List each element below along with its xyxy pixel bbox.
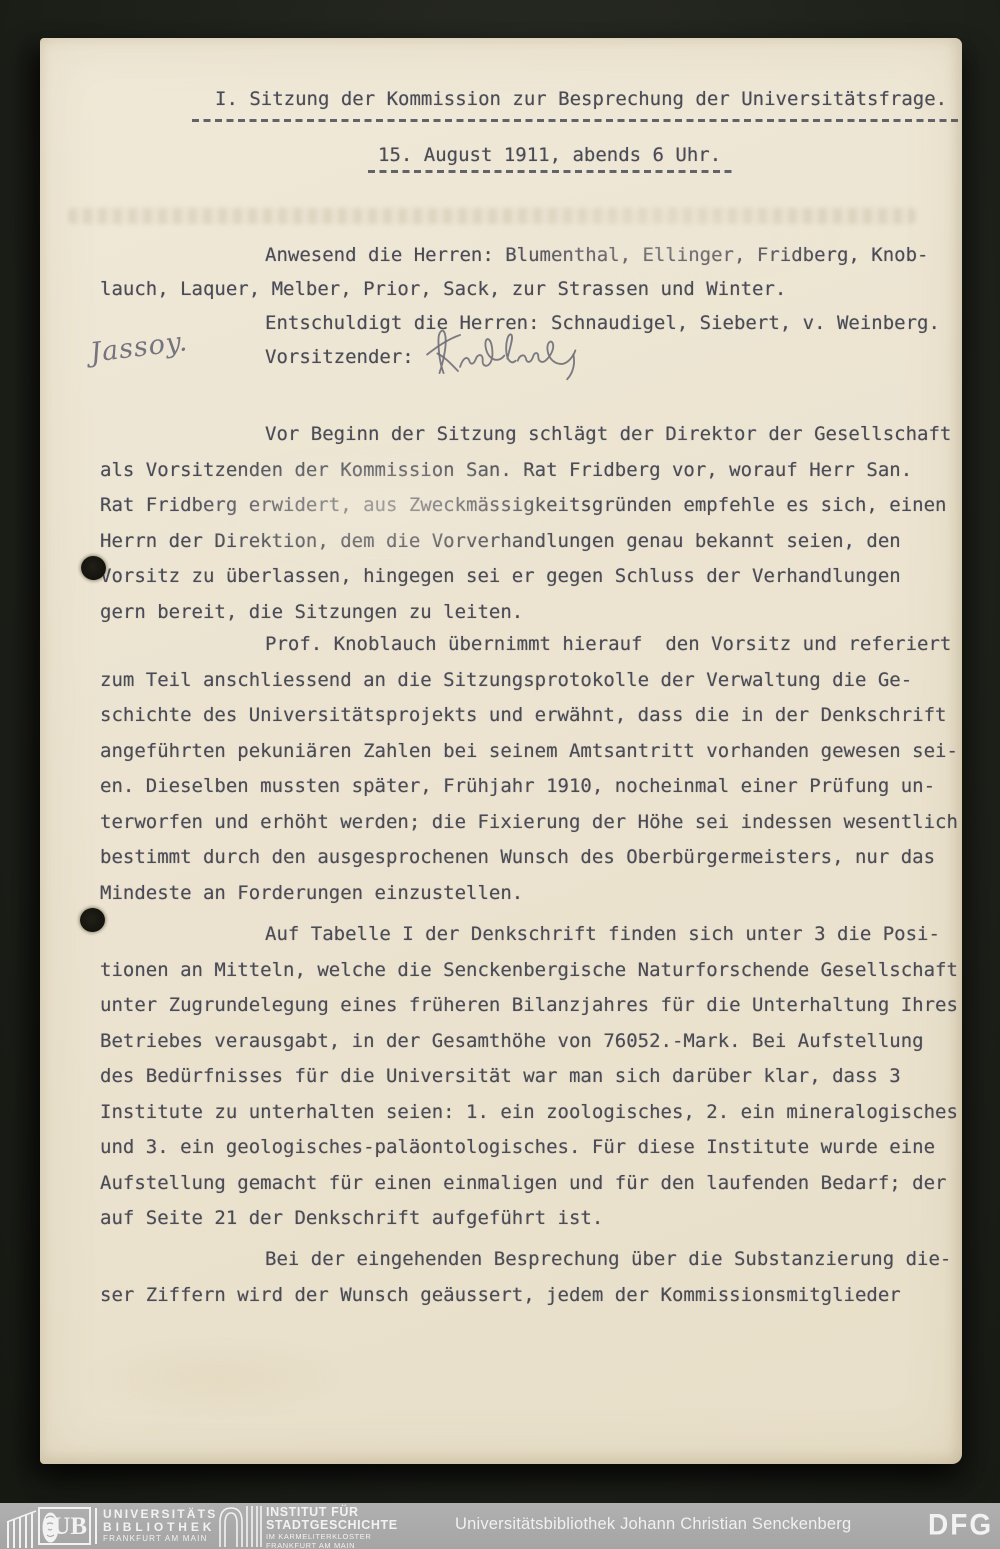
document-sheet: I. Sitzung der Kommission zur Besprechun… <box>40 38 962 1464</box>
library-footer-bar: UB UNIVERSITÄTS BIBLIOTHEK FRANKFURT AM … <box>0 1503 1000 1549</box>
session-date: 15. August 1911, abends 6 Uhr. <box>378 138 721 172</box>
scanned-document-page: { "colors": { "paper": "#ece4d1", "ink":… <box>0 0 1000 1549</box>
text-line: Auf Tabelle I der Denkschrift finden sic… <box>100 917 962 953</box>
paragraph-besprechung: Bei der eingehenden Besprechung über die… <box>100 1242 962 1313</box>
text-line: Bei der eingehenden Besprechung über die… <box>100 1242 962 1278</box>
text-line: des Bedürfnisses für die Universität war… <box>100 1059 962 1095</box>
inst-text-line4: FRANKFURT AM MAIN <box>266 1541 398 1549</box>
text-line: Prof. Knoblauch übernimmt hierauf den Vo… <box>100 627 962 663</box>
text-line: tionen an Mitteln, welche die Senckenber… <box>100 953 962 989</box>
paragraph-opening: Vor Beginn der Sitzung schlägt der Direk… <box>100 417 962 630</box>
text-line: und 3. ein geologisches-paläontologische… <box>100 1130 962 1166</box>
text-line: Institute zu unterhalten seien: 1. ein z… <box>100 1095 962 1131</box>
ub-text-line2: BIBLIOTHEK <box>103 1521 217 1534</box>
book-spines-icon <box>6 1508 38 1548</box>
inst-text-line2: STADTGESCHICHTE <box>266 1519 398 1532</box>
text-line: Vorsitz zu überlassen, hingegen sei er g… <box>100 559 962 595</box>
text-line: zum Teil anschliessend an die Sitzungspr… <box>100 663 962 699</box>
text-line: Herrn der Direktion, dem die Vorverhandl… <box>100 524 962 560</box>
text-line: auf Seite 21 der Denkschrift aufgeführt … <box>100 1201 962 1237</box>
ub-abbr-label: UB <box>52 1511 87 1543</box>
karmeliterkloster-arch-icon <box>218 1506 262 1547</box>
text-line: als Vorsitzenden der Kommission San. Rat… <box>100 453 962 489</box>
attendees-paragraph: Anwesend die Herren: Blumenthal, Ellinge… <box>100 238 962 306</box>
document-title: I. Sitzung der Kommission zur Besprechun… <box>215 82 947 116</box>
text-line: ser Ziffern wird der Wunsch geäussert, j… <box>100 1278 962 1314</box>
text-line: lauch, Laquer, Melber, Prior, Sack, zur … <box>100 272 962 306</box>
ink-bleedthrough-smudge <box>68 208 916 224</box>
text-line: Anwesend die Herren: Blumenthal, Ellinge… <box>100 238 962 272</box>
paragraph-tabelle: Auf Tabelle I der Denkschrift finden sic… <box>100 917 962 1237</box>
stadtgeschichte-logo-text: INSTITUT FÜR STADTGESCHICHTE IM KARMELIT… <box>266 1506 398 1549</box>
date-dashed-underline <box>368 170 734 173</box>
text-line: en. Dieselben mussten später, Frühjahr 1… <box>100 769 962 805</box>
text-line: bestimmt durch den ausgesprochenen Wunsc… <box>100 840 962 876</box>
text-line: angeführten pekuniären Zahlen bei seinem… <box>100 734 962 770</box>
inst-text-line3: IM KARMELITERKLOSTER <box>266 1532 398 1541</box>
text-line: Rat Fridberg erwidert, aus Zweckmässigke… <box>100 488 962 524</box>
text-line: terworfen und erhöht werden; die Fixieru… <box>100 805 962 841</box>
text-line: unter Zugrundelegung eines früheren Bila… <box>100 988 962 1024</box>
text-line: Betriebes verausgabt, in der Gesamthöhe … <box>100 1024 962 1060</box>
text-line: Mindeste an Forderungen einzustellen. <box>100 876 962 912</box>
library-credit-text: Universitätsbibliothek Johann Christian … <box>455 1515 851 1534</box>
ub-text-line3: FRANKFURT AM MAIN <box>103 1534 217 1544</box>
paragraph-knoblauch-report: Prof. Knoblauch übernimmt hierauf den Vo… <box>100 627 962 911</box>
handwritten-signature-knoblauch <box>423 324 598 384</box>
text-line: gern bereit, die Sitzungen zu leiten. <box>100 595 962 631</box>
ub-logo-text: UNIVERSITÄTS BIBLIOTHEK FRANKFURT AM MAI… <box>103 1508 217 1544</box>
logo-divider <box>95 1508 97 1544</box>
title-dashed-underline <box>192 119 962 122</box>
text-line: schichte des Universitätsprojekts und er… <box>100 698 962 734</box>
text-line: Vor Beginn der Sitzung schlägt der Direk… <box>100 417 962 453</box>
text-line: Aufstellung gemacht für einen einmaligen… <box>100 1166 962 1202</box>
ub-logo: UB <box>38 1507 91 1545</box>
dfg-logo: DFG <box>928 1508 993 1542</box>
